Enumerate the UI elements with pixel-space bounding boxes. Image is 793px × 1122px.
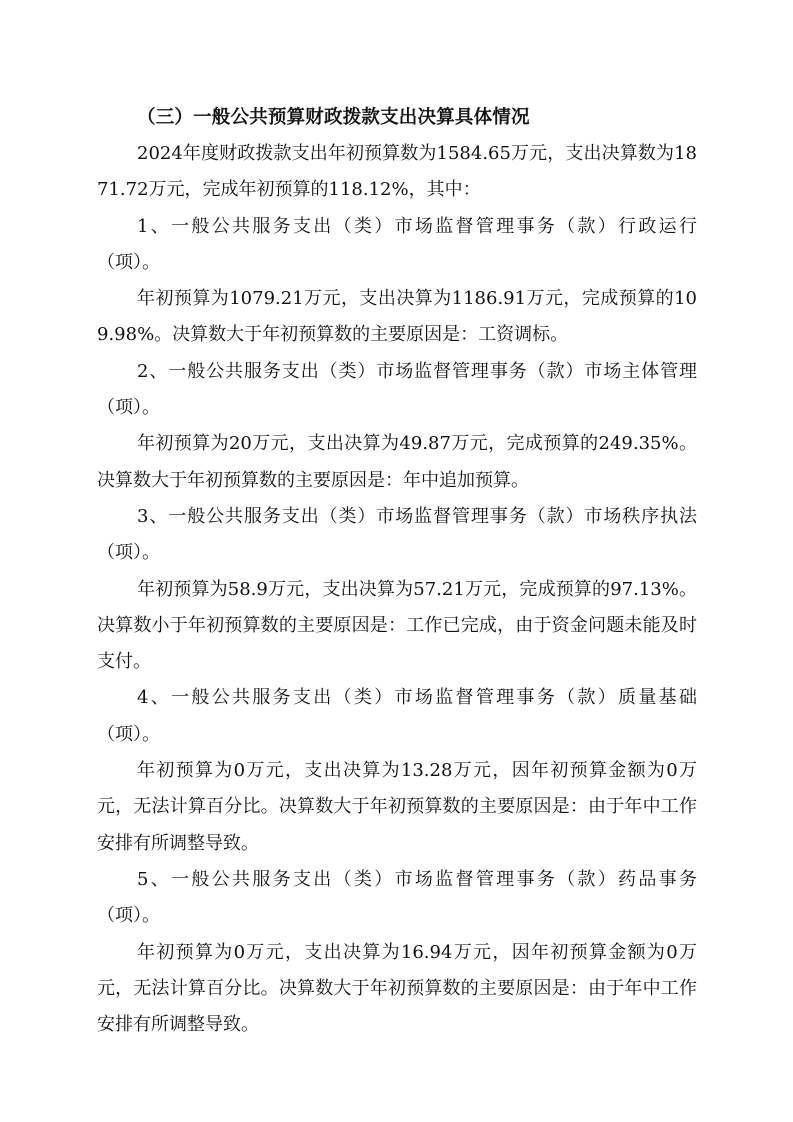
document-page: （三）一般公共预算财政拨款支出决算具体情况 2024年度财政拨款支出年初预算数为…: [97, 100, 697, 1043]
item-3-title: 3、一般公共服务支出（类）市场监督管理事务（款）市场秩序执法（项）。: [97, 499, 697, 572]
section-heading: （三）一般公共预算财政拨款支出决算具体情况: [137, 100, 697, 136]
item-1-detail: 年初预算为1079.21万元，支出决算为1186.91万元，完成预算的109.9…: [97, 281, 697, 354]
item-4-detail: 年初预算为0万元，支出决算为13.28万元，因年初预算金额为0万元，无法计算百分…: [97, 753, 697, 862]
item-1-title: 1、一般公共服务支出（类）市场监督管理事务（款）行政运行（项）。: [97, 209, 697, 282]
item-4-title: 4、一般公共服务支出（类）市场监督管理事务（款）质量基础（项）。: [97, 680, 697, 753]
item-5-title: 5、一般公共服务支出（类）市场监督管理事务（款）药品事务（项）。: [97, 862, 697, 935]
intro-paragraph: 2024年度财政拨款支出年初预算数为1584.65万元，支出决算数为1871.7…: [97, 136, 697, 209]
item-3-detail: 年初预算为58.9万元，支出决算为57.21万元，完成预算的97.13%。决算数…: [97, 572, 697, 681]
item-2-title: 2、一般公共服务支出（类）市场监督管理事务（款）市场主体管理（项）。: [97, 354, 697, 427]
item-5-detail: 年初预算为0万元，支出决算为16.94万元，因年初预算金额为0万元，无法计算百分…: [97, 935, 697, 1044]
item-2-detail: 年初预算为20万元，支出决算为49.87万元，完成预算的249.35%。决算数大…: [97, 426, 697, 499]
